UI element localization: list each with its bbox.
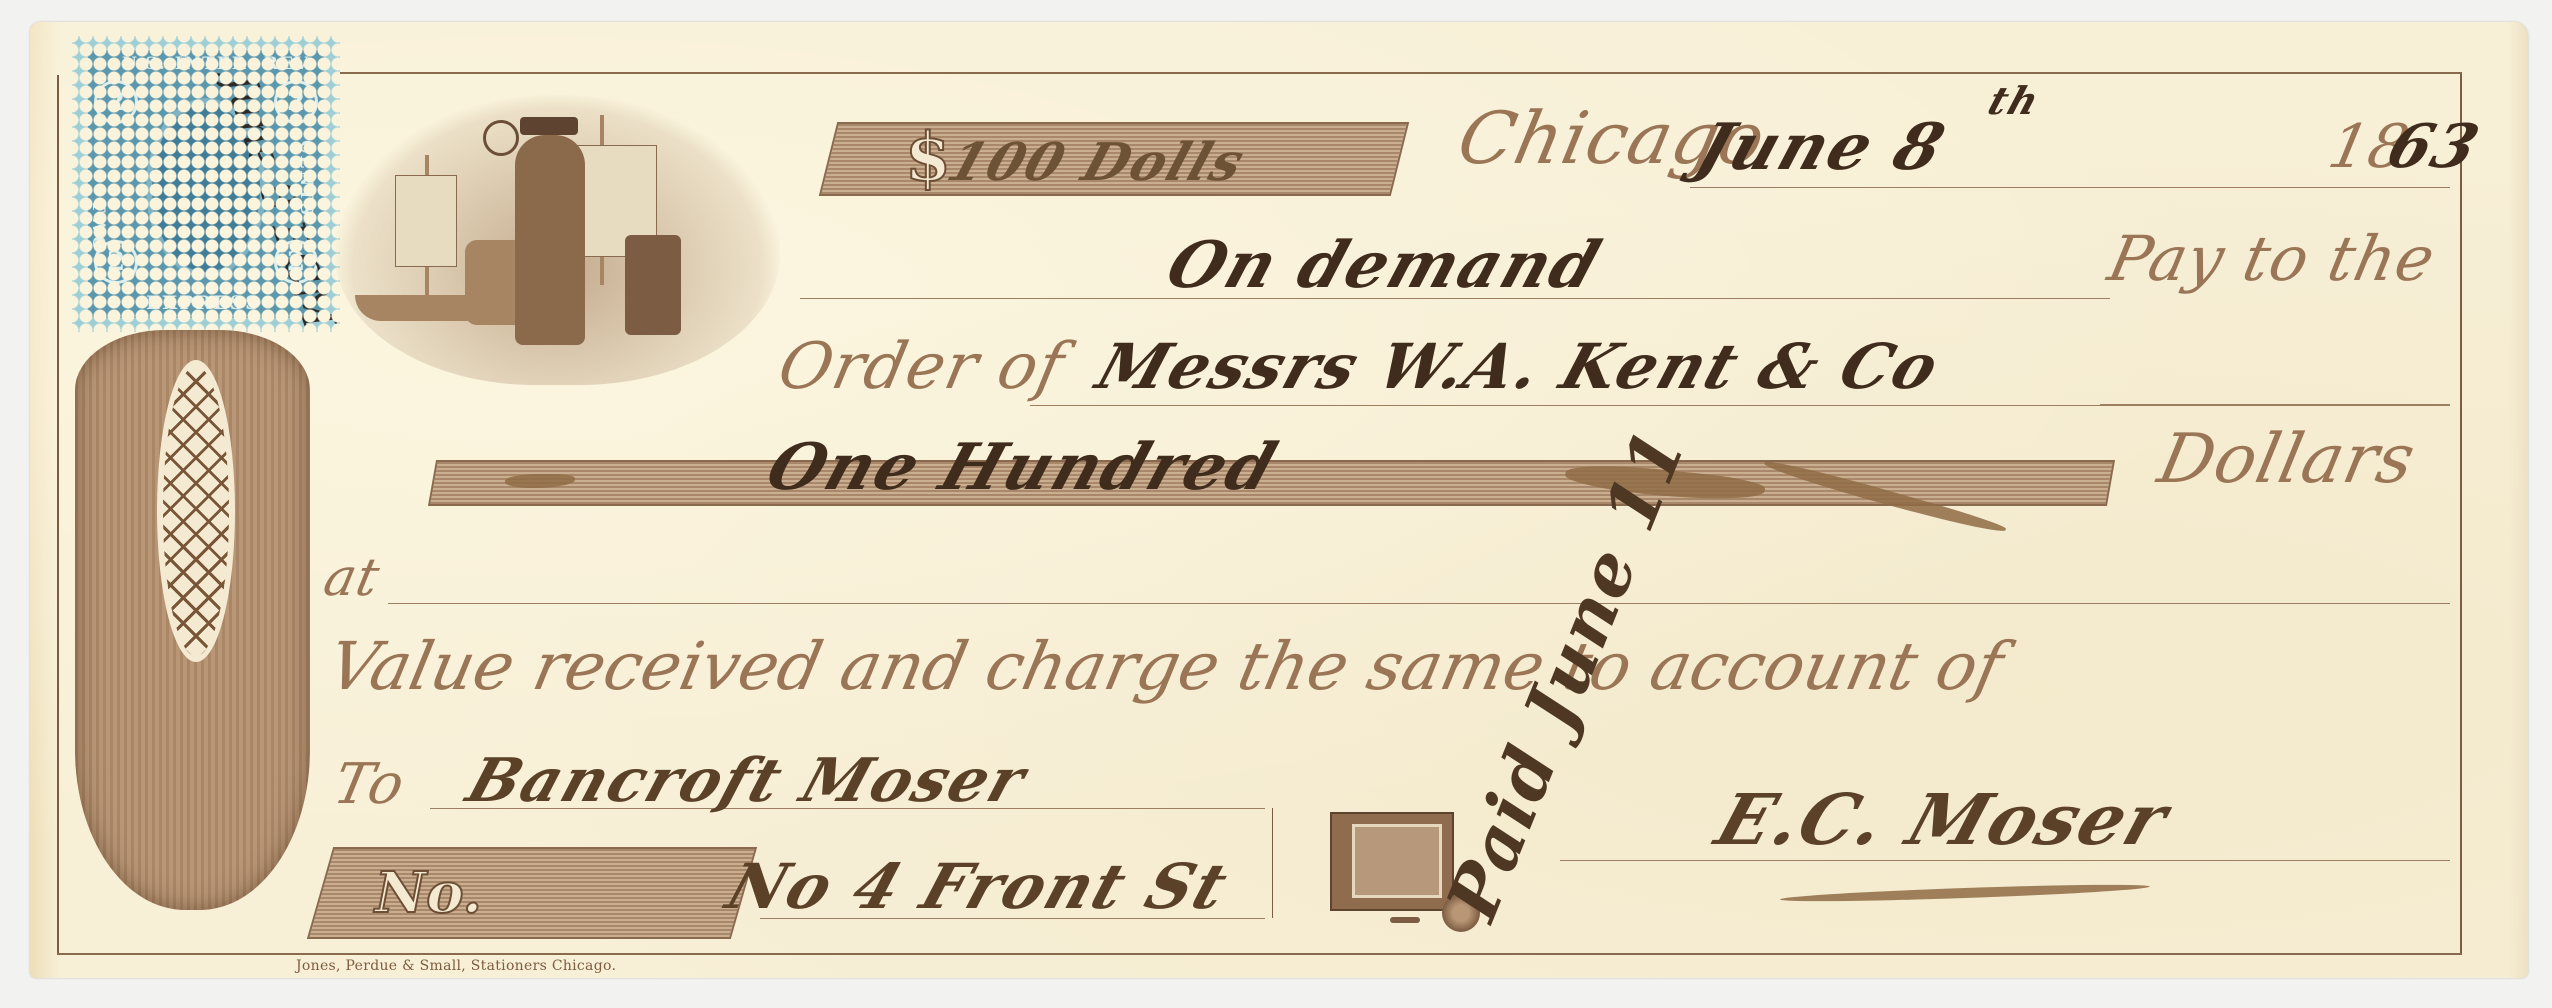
revenue-stamp: U.S. INTER. REV. EXPRESS TWO CENTS 2 2 2… xyxy=(72,36,340,332)
frame-bottom-line xyxy=(57,953,2462,955)
capstan-icon xyxy=(625,235,681,335)
payee-name: Messrs W.A. Kent & Co xyxy=(1088,330,1949,403)
address-bracket xyxy=(1272,808,1273,918)
value-received-text: Value received and charge the same to ac… xyxy=(322,628,2010,705)
payee-line xyxy=(1030,405,2450,406)
stamp-denomination-bl: 2 xyxy=(94,240,138,284)
stamp-bottom-text: EXPRESS xyxy=(146,292,261,314)
dollars-label: Dollars xyxy=(2152,420,2423,499)
address-line xyxy=(760,918,1265,919)
at-line xyxy=(388,603,2450,604)
key-icon xyxy=(1390,917,1420,923)
sailor-hat-icon xyxy=(520,117,578,135)
stamp-denomination-tl: 2 xyxy=(94,80,138,124)
stamp-top-text: U.S. INTER. REV. xyxy=(122,54,315,74)
terms-line xyxy=(800,298,2110,299)
drawee-name: Bancroft Moser xyxy=(459,746,1036,816)
sailor-figure-icon xyxy=(515,135,585,345)
frame-left-line xyxy=(57,75,59,953)
date-line xyxy=(1690,187,2450,188)
frame-right-line xyxy=(2460,72,2462,953)
lattice-oval-icon xyxy=(157,360,235,662)
stamp-denomination-tr: 2 xyxy=(274,80,318,124)
pay-to-the-label: Pay to the xyxy=(2102,222,2442,295)
terms-handwritten: On demand xyxy=(1158,228,1611,303)
amount-in-words: One Hundred xyxy=(758,430,1287,505)
frame-top-line xyxy=(340,72,2462,74)
order-of-label: Order of xyxy=(772,330,1071,404)
to-label: To xyxy=(328,752,411,817)
number-label: No. xyxy=(375,860,482,926)
sextant-icon xyxy=(483,120,519,156)
sailor-harbor-vignette xyxy=(335,95,780,385)
ship-sail-icon xyxy=(395,175,457,267)
amount-figure: 100 Dolls xyxy=(940,132,1253,193)
dollars-line xyxy=(2100,404,2450,405)
ornamental-column-engraving xyxy=(75,330,310,910)
drawer-signature: E.C. Moser xyxy=(1707,778,2180,861)
drawee-address: No 4 Front St xyxy=(718,850,1238,923)
date-month-day: June 8 xyxy=(1688,110,1955,185)
printer-imprint: Jones, Perdue & Small, Stationers Chicag… xyxy=(296,958,616,974)
safe-door-icon xyxy=(1352,824,1442,898)
